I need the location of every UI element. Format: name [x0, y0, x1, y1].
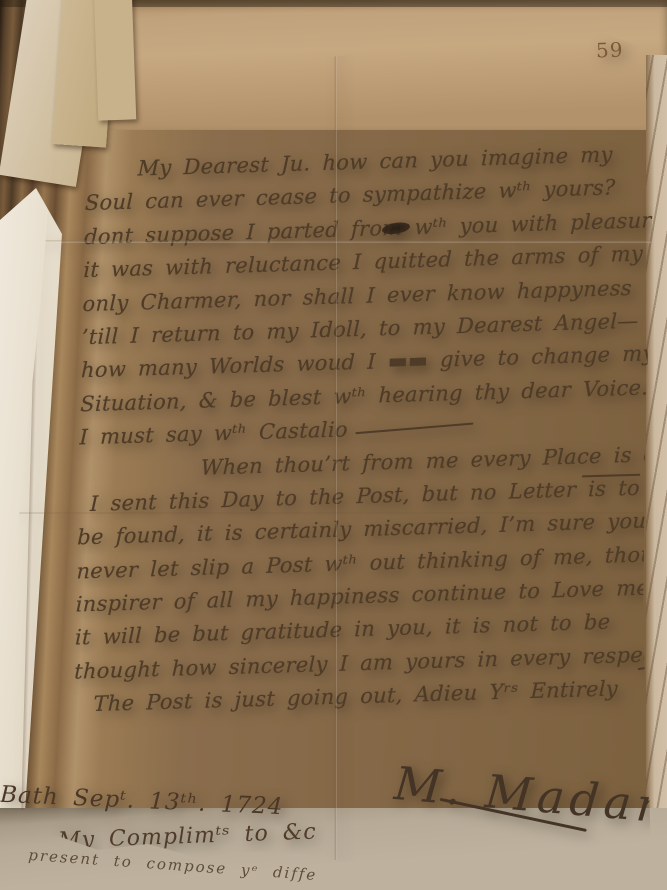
folio-number: 59 [596, 38, 624, 63]
signature: M. Madan [392, 756, 667, 834]
fold-crease-vertical [334, 36, 337, 860]
fold-crease-horizontal [0, 240, 667, 243]
letter-page: 59 My Dearest Ju. how can you imagine my… [0, 26, 667, 870]
postscript: My Complimᵗˢ to &c [58, 819, 317, 853]
dateline: Bath Sepᵗ. 13ᵗʰ. 1724 [0, 782, 284, 820]
fold-crease-horizontal [0, 512, 667, 514]
manuscript-photo: present to compose yᵉ diffe 59 My Deares… [0, 0, 667, 890]
letter-body: My Dearest Ju. how can you imagine my So… [73, 137, 652, 722]
